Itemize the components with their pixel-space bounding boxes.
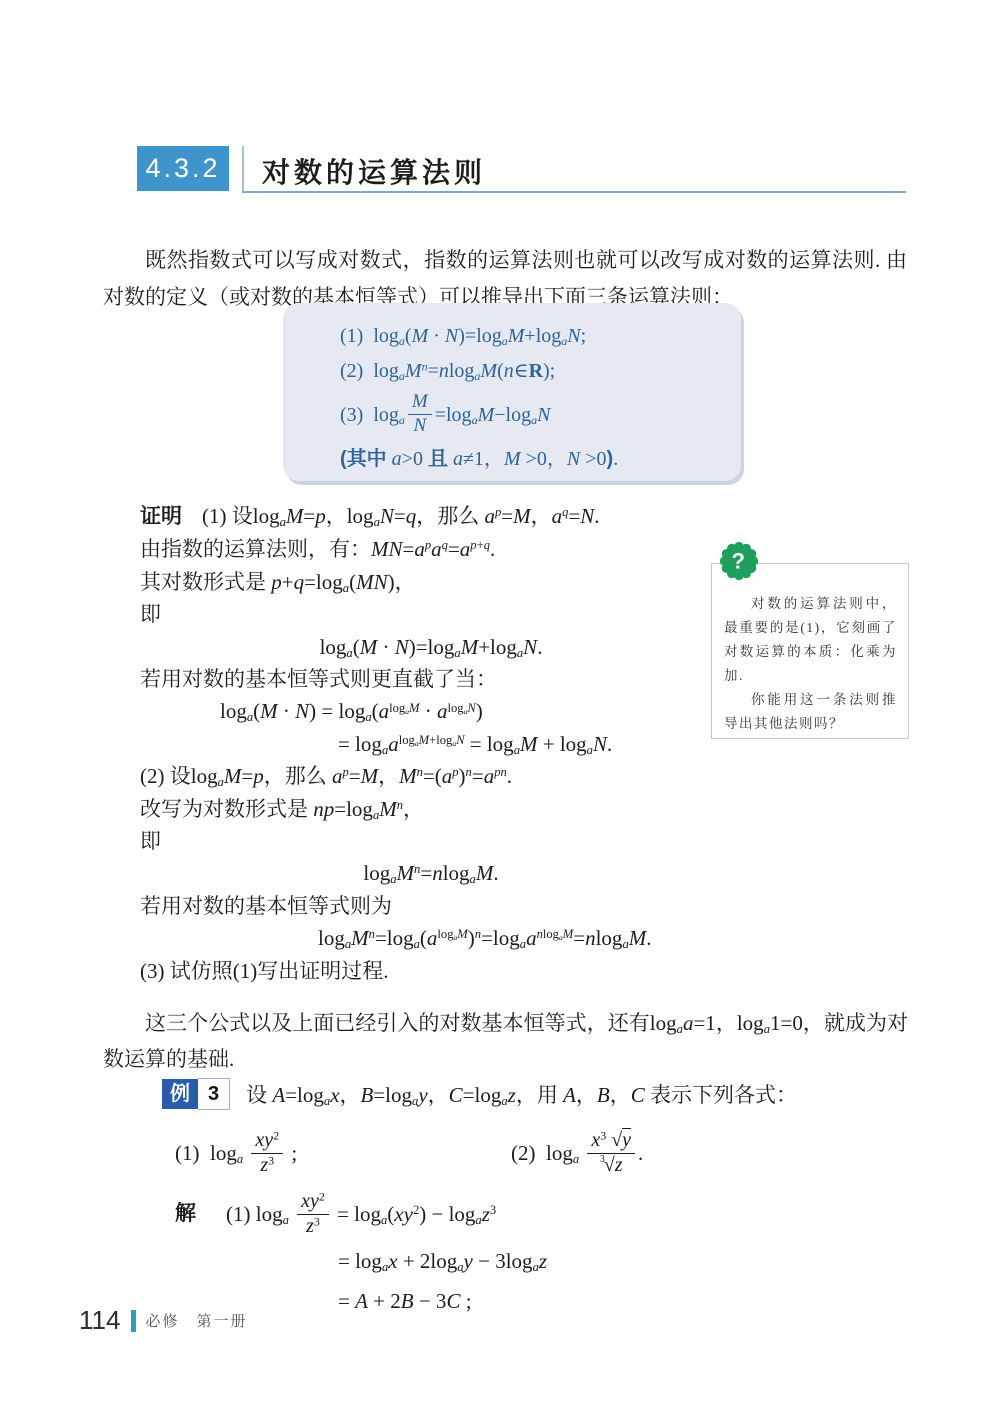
proof-line: logaMn=loga(alogaM)n=logaanlogaM=nlogaM. (140, 922, 722, 954)
proof-line: (2) 设logaM=p，那么 ap=M，Mn=(ap)n=apn. (140, 760, 722, 792)
proof-line: 改写为对数形式是 np=logaMn， (140, 793, 722, 825)
solution-label: 解 (175, 1188, 196, 1320)
rule-line-2: (2) logaMn=nlogaM(n∈R); (340, 354, 741, 389)
page-number: 114 (79, 1305, 120, 1336)
example-header: 例 3 设 A=logax，B=logay，C=logaz，用 A，B，C 表示… (162, 1078, 907, 1110)
example-statement: 设 A=logax，B=logay，C=logaz，用 A，B，C 表示下列各式… (246, 1079, 797, 1109)
proof-line: loga(M · N) = loga(alogaM · alogaN) (140, 695, 722, 727)
proof-label: 证明 (140, 505, 182, 528)
solution-block: 解 (1) loga xy2z3 = loga(xy2) − logaz3 = … (175, 1188, 547, 1320)
header-rule (242, 191, 906, 193)
example-badge: 例 (162, 1079, 198, 1109)
proof-line: 若用对数的基本恒等式则为 (140, 890, 722, 922)
proof-line: 其对数形式是 p+q=loga(MN)， (140, 566, 722, 598)
example-item-2: (2) loga x3 √y3√z. (511, 1132, 907, 1178)
page-title: 对数的运算法则 (262, 151, 486, 191)
page-footer: 114 必修 第一册 (79, 1305, 247, 1336)
rules-box: (1) loga(M · N)=logaM+logaN; (2) logaMn=… (283, 303, 741, 481)
proof-line: = logaalogaM+logaN = logaM + logaN. (140, 728, 722, 760)
proof-line: (3) 试仿照(1)写出证明过程. (140, 955, 722, 987)
example-block: 例 3 设 A=logax，B=logay，C=logaz，用 A，B，C 表示… (162, 1078, 907, 1178)
svg-text:?: ? (732, 549, 747, 574)
header-vertical-divider (242, 146, 244, 191)
example-items: (1) loga xy2z3 ; (2) loga x3 √y3√z. (162, 1132, 907, 1178)
rule-line-1: (1) loga(M · N)=logaM+logaN; (340, 319, 741, 354)
textbook-page: 4.3.2 对数的运算法则 既然指数式可以写成对数式，指数的运算法则也就可以改写… (0, 0, 1000, 1422)
proof-line: 证明(1) 设logaM=p，logaN=q，那么 ap=M，aq=N. (140, 500, 722, 533)
section-number-badge: 4.3.2 (137, 146, 229, 191)
proof-line: logaMn=nlogaM. (140, 857, 722, 889)
rules-condition: (其中 a>0 且 a≠1，M >0，N >0). (340, 442, 741, 477)
proof-line: loga(M · N)=logaM+logaN. (140, 631, 722, 663)
summary-paragraph: 这三个公式以及上面已经引入的对数基本恒等式，还有logaa=1，loga1=0，… (103, 1005, 908, 1077)
question-mark-icon: ? (716, 538, 762, 584)
proof-line: 若用对数的基本恒等式则更直截了当： (140, 663, 722, 695)
solution-line: = A + 2B − 3C ; (226, 1282, 547, 1320)
example-number: 3 (198, 1078, 230, 1110)
note-paragraph: 你能用这一条法则推导出其他法则吗？ (724, 688, 897, 736)
proof-line: 即 (140, 825, 722, 857)
footer-divider (131, 1310, 136, 1332)
solution-lines: (1) loga xy2z3 = loga(xy2) − logaz3 = lo… (226, 1188, 547, 1320)
proof-line-text: (1) 设logaM=p，logaN=q，那么 ap=M，aq=N. (202, 504, 600, 528)
note-paragraph: 对数的运算法则中，最重要的是(1)，它刻画了对数运算的本质：化乘为加. (724, 592, 897, 688)
proof-block: 证明(1) 设logaM=p，logaN=q，那么 ap=M，aq=N. 由指数… (140, 500, 722, 987)
rule-line-3: (3) logaMN=logaM−logaN (340, 389, 741, 442)
example-item-1: (1) loga xy2z3 ; (175, 1132, 511, 1178)
proof-line: 由指数的运算法则，有：MN=apaq=ap+q. (140, 533, 722, 565)
solution-line: (1) loga xy2z3 = loga(xy2) − logaz3 (226, 1188, 547, 1240)
book-title: 必修 第一册 (145, 1310, 247, 1331)
solution-line: = logax + 2logay − 3logaz (226, 1240, 547, 1282)
proof-line: 即 (140, 598, 722, 630)
note-box: ? 对数的运算法则中，最重要的是(1)，它刻画了对数运算的本质：化乘为加. 你能… (711, 563, 909, 739)
